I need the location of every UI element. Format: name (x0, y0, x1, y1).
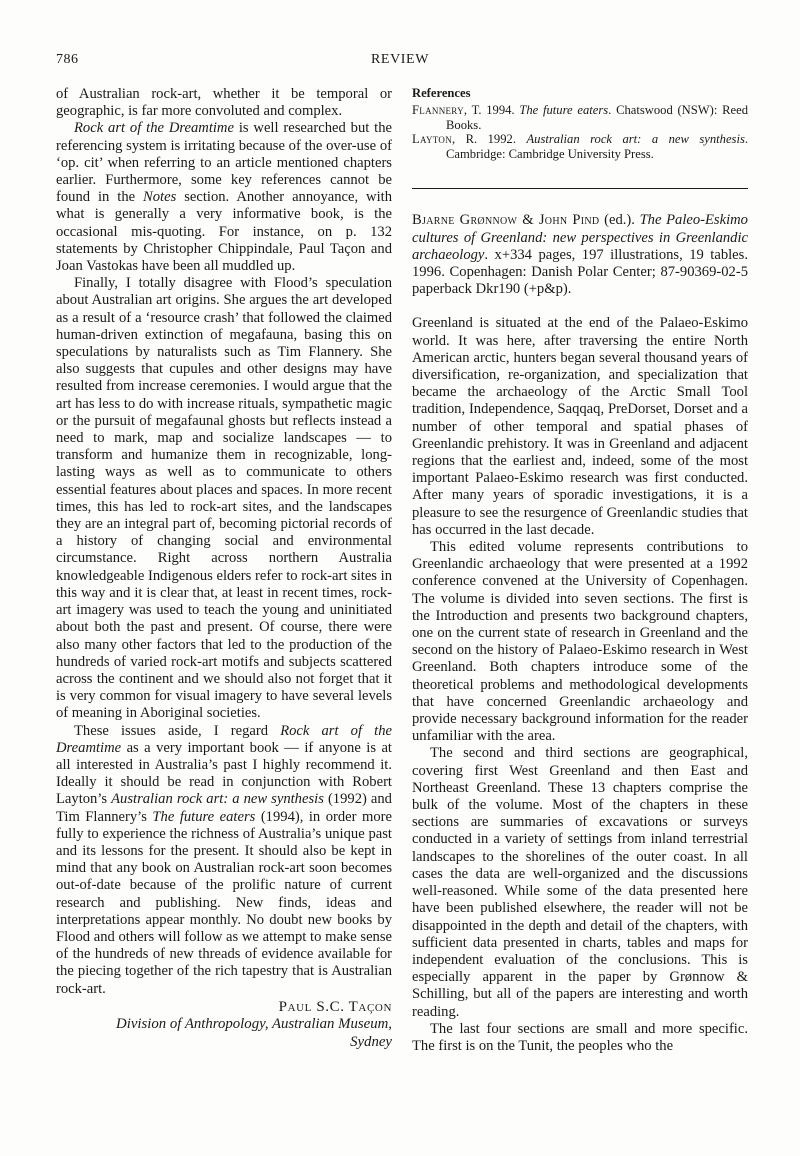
paragraph: Greenland is situated at the end of the … (412, 315, 748, 539)
journal-page: 786 REVIEW of Australian rock-art, wheth… (0, 0, 800, 1156)
italic-text: Rock art of the Dreamtime (74, 120, 234, 136)
smallcaps-text: Flannery (412, 103, 464, 117)
paragraph: These issues aside, I regard Rock art of… (56, 723, 392, 998)
reference-entry: Flannery, T. 1994. The future eaters. Ch… (446, 103, 748, 132)
reviewer-name: Paul S.C. Taçon (56, 999, 392, 1016)
italic-text: The future eaters (152, 809, 255, 825)
review-text-continued: of Australian rock-art, whether it be te… (56, 86, 392, 998)
paragraph: of Australian rock-art, whether it be te… (56, 86, 392, 120)
text-segment: Finally, I totally disagree with Flood’s… (56, 275, 392, 721)
reference-entry: Layton, R. 1992. Australian rock art: a … (446, 132, 748, 161)
references-section: References Flannery, T. 1994. The future… (412, 86, 748, 161)
right-column: References Flannery, T. 1994. The future… (412, 86, 748, 1055)
text-segment: (ed.). (599, 212, 639, 228)
book-review-section: Bjarne Grønnow & John Pind (ed.). The Pa… (412, 212, 748, 1055)
text-segment: , R. 1992. (452, 132, 526, 146)
running-head: REVIEW (0, 52, 800, 68)
text-segment: , T. 1994. (464, 103, 519, 117)
text-segment: The second and third sections are geogra… (412, 745, 748, 1019)
paragraph: Rock art of the Dreamtime is well resear… (56, 120, 392, 275)
review-body-text: Greenland is situated at the end of the … (412, 315, 748, 1055)
italic-text: Australian rock art: a new synthesis (111, 791, 324, 807)
italic-text: The future eaters (519, 103, 608, 117)
reviewer-affiliation: Division of Anthropology, Australian Mus… (56, 1016, 392, 1034)
text-segment: This edited volume represents contributi… (412, 539, 748, 744)
text-segment: (1994), in order more fully to experienc… (56, 809, 392, 997)
references-heading: References (412, 86, 748, 101)
reviewer-affiliation-city: Sydney (56, 1034, 392, 1052)
byline: Paul S.C. Taçon Division of Anthropology… (56, 999, 392, 1051)
section-divider (412, 188, 748, 189)
text-segment: These issues aside, I regard (74, 723, 280, 739)
paragraph: The last four sections are small and mor… (412, 1021, 748, 1055)
italic-text: Notes (143, 189, 176, 205)
left-column: of Australian rock-art, whether it be te… (56, 86, 392, 1055)
text-segment: of Australian rock-art, whether it be te… (56, 86, 392, 119)
text-segment: The last four sections are small and mor… (412, 1021, 748, 1054)
page-header: 786 REVIEW (0, 52, 800, 72)
smallcaps-text: Bjarne Grønnow & John Pind (412, 212, 599, 228)
smallcaps-text: Layton (412, 132, 452, 146)
paragraph: The second and third sections are geogra… (412, 745, 748, 1020)
references-list: Flannery, T. 1994. The future eaters. Ch… (412, 103, 748, 161)
book-citation: Bjarne Grønnow & John Pind (ed.). The Pa… (412, 212, 748, 298)
text-segment: Greenland is situated at the end of the … (412, 315, 748, 537)
paragraph: This edited volume represents contributi… (412, 539, 748, 745)
columns: of Australian rock-art, whether it be te… (56, 86, 748, 1055)
italic-text: Australian rock art: a new synthesis (526, 132, 744, 146)
paragraph: Finally, I totally disagree with Flood’s… (56, 275, 392, 722)
